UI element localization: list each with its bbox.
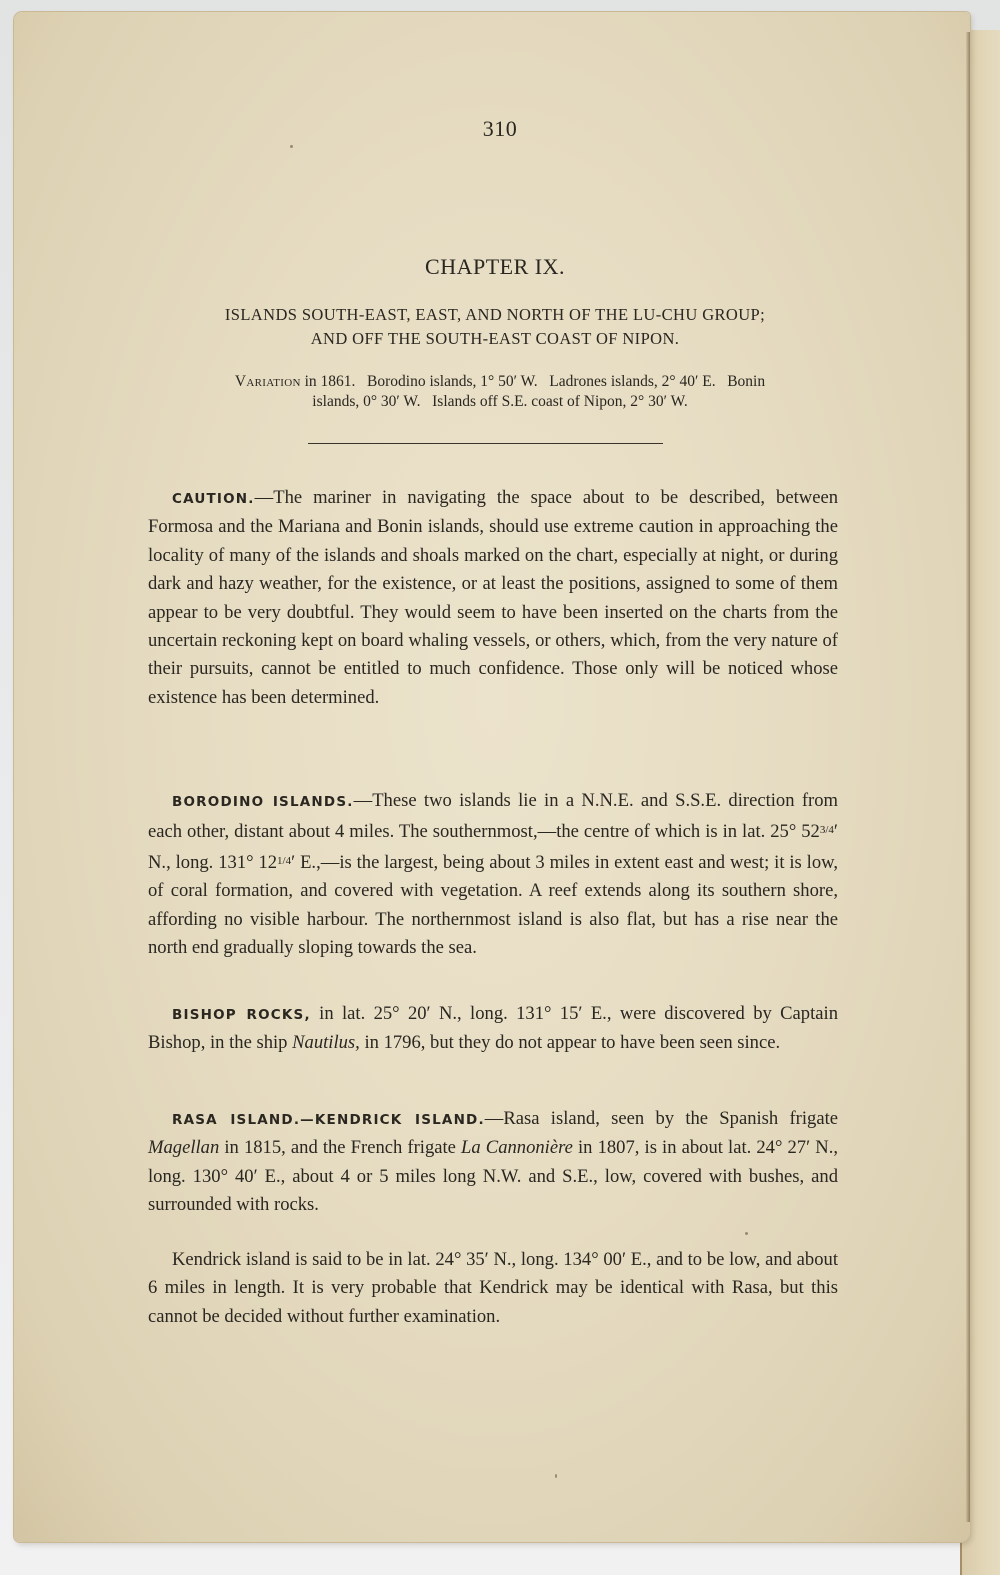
ship-name-la-cannoniere: La Cannonière [461,1137,573,1158]
heading-bishop-rocks: Bishop Rocks, [172,1007,311,1023]
paragraph-kendrick-island: Kendrick island is said to be in lat. 24… [148,1246,838,1331]
variation-label: Variation [235,373,301,390]
chapter-subtitle-line-1: ISLANDS SOUTH-EAST, EAST, AND NORTH OF T… [140,303,850,327]
paragraph-caution: Caution.—The mariner in navigating the s… [148,484,838,712]
caution-text: —The mariner in navigating the space abo… [148,487,838,708]
chapter-title: CHAPTER IX. [0,254,990,280]
paragraph-bishop-rocks: Bishop Rocks, in lat. 25° 20′ N., long. … [148,1000,838,1058]
paper-speck [745,1232,748,1235]
paragraph-rasa-island: Rasa Island.—Kendrick Island.—Rasa islan… [148,1105,838,1220]
paper-speck [290,145,293,148]
variation-line-1: Variation in 1861. Borodino islands, 1° … [150,372,850,392]
page-number: 310 [0,116,1000,142]
chapter-subtitle-line-2: AND OFF THE SOUTH-EAST COAST OF NIPON. [140,327,850,351]
rasa-text-b: in 1815, and the French frigate [219,1137,461,1158]
bishop-text-b: in 1796, but they do not appear to have … [360,1032,780,1053]
ship-name-nautilus: Nautilus, [292,1032,360,1053]
heading-rasa-kendrick: Rasa Island.—Kendrick Island. [172,1112,485,1128]
heading-caution: Caution. [172,491,255,507]
ship-name-magellan: Magellan [148,1137,219,1158]
magnetic-variation-note: Variation in 1861. Borodino islands, 1° … [150,372,850,412]
fraction-three-quarters: 3/4 [820,824,834,836]
fraction-one-quarter: 1/4 [277,855,291,867]
paper-speck [555,1474,557,1478]
variation-line-2: islands, 0° 30′ W. Islands off S.E. coas… [150,392,850,412]
heading-borodino-islands: Borodino Islands. [172,794,354,810]
variation-text-1: in 1861. Borodino islands, 1° 50′ W. Lad… [301,373,765,390]
paragraph-borodino-islands: Borodino Islands.—These two islands lie … [148,787,838,962]
rasa-text-a: —Rasa island, seen by the Spanish frigat… [485,1108,838,1129]
chapter-subtitle: ISLANDS SOUTH-EAST, EAST, AND NORTH OF T… [140,303,850,351]
section-divider [308,443,663,444]
